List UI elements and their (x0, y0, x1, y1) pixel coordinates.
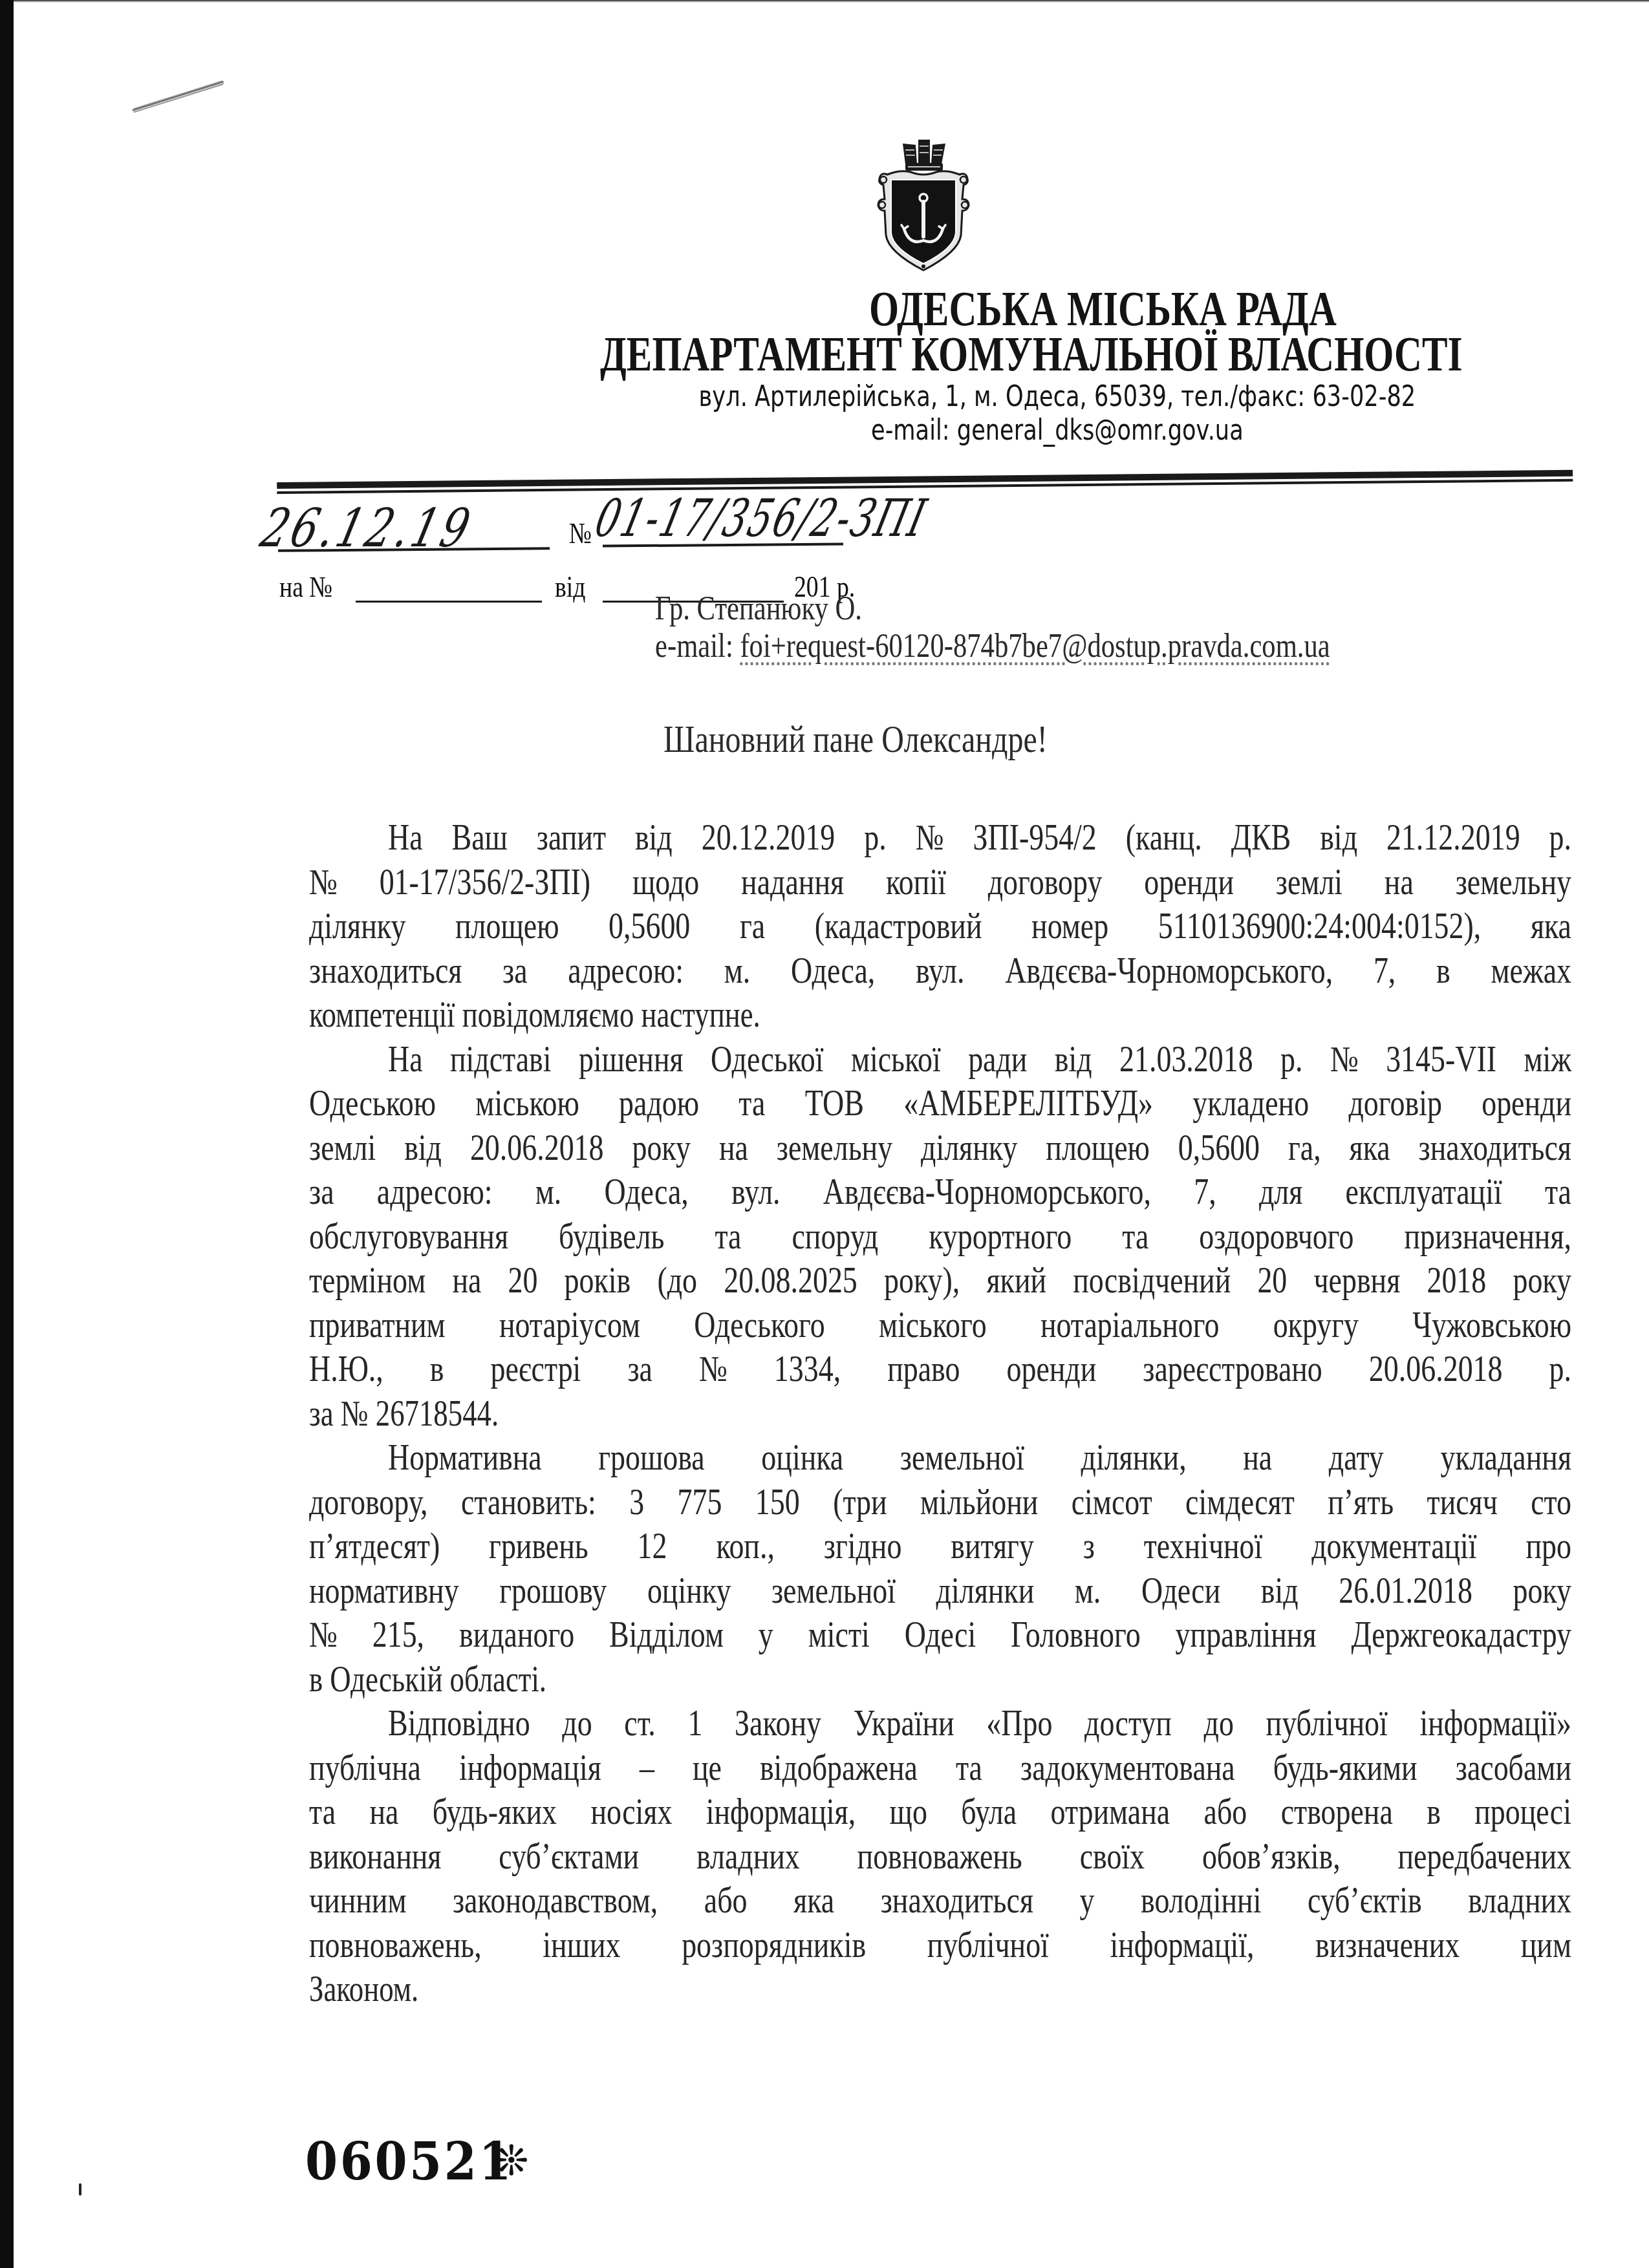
flower-ornament-icon: ❊ (494, 2137, 532, 2185)
scan-edge-top (14, 0, 1649, 3)
org-email: e-mail: general_dks@omr.gov.ua (0, 414, 1649, 447)
line-text: землі від 20.06.2018 року на земельну ді… (309, 1126, 1571, 1171)
odesa-coat-of-arms-icon (874, 138, 973, 273)
paragraph-line: Н.Ю., в реєстрі за № 1334, право оренди … (309, 1347, 1571, 1392)
from-label: від (555, 569, 592, 605)
recipient-email-link[interactable]: foi+request-60120-874b7be7@dostup.pravda… (740, 628, 1330, 665)
paragraph-line: ділянку площею 0,5600 га (кадастровий но… (309, 904, 1571, 949)
line-text: ділянку площею 0,5600 га (кадастровий но… (309, 904, 1571, 949)
paragraph-line: за № 26718544. (309, 1392, 1571, 1437)
line-text: Н.Ю., в реєстрі за № 1334, право оренди … (309, 1347, 1571, 1392)
paragraph-line: На Ваш запит від 20.12.2019 р. № ЗПІ-954… (309, 816, 1571, 861)
paragraph-line: приватним нотаріусом Одеського міського … (309, 1303, 1571, 1348)
line-text: за № 26718544. (309, 1392, 499, 1437)
paragraph-line: На підставі рішення Одеської міської рад… (309, 1038, 1571, 1082)
org-address: вул. Артилерійська, 1, м. Одеса, 65039, … (0, 380, 1649, 414)
line-text: приватним нотаріусом Одеського міського … (309, 1303, 1571, 1348)
paragraph-line: терміном на 20 років (до 20.08.2025 року… (309, 1259, 1571, 1303)
line-text: № 215, виданого Відділом у місті Одесі Г… (309, 1613, 1571, 1658)
line-text: чинним законодавством, або яка знаходить… (309, 1879, 1571, 1923)
paragraph-line: № 215, виданого Відділом у місті Одесі Г… (309, 1613, 1571, 1658)
staple-mark (132, 80, 224, 113)
line-text: виконання суб’єктами владних повноважень… (309, 1835, 1571, 1879)
line-text: компетенції повідомляємо наступне. (309, 993, 760, 1038)
line-text: за адресою: м. Одеса, вул. Авдєєва-Чорно… (309, 1170, 1571, 1215)
department-name: ДЕПАРТАМЕНТ КОМУНАЛЬНОЇ ВЛАСНОСТІ (0, 328, 1649, 380)
line-text: договору, становить: 3 775 150 (три міль… (309, 1481, 1571, 1525)
line-text: знаходиться за адресою: м. Одеса, вул. А… (309, 949, 1571, 994)
paragraph: Відповідно до ст. 1 Закону України «Про … (309, 1702, 1571, 2012)
paragraph: На Ваш запит від 20.12.2019 р. № ЗПІ-954… (309, 816, 1571, 1038)
line-text: в Одеській області. (309, 1658, 546, 1702)
line-text: № 01-17/356/2-ЗПІ) щодо надання копії до… (309, 861, 1571, 905)
line-text: публічна інформація – це відображена та … (309, 1746, 1571, 1791)
paragraph: Нормативна грошова оцінка земельної діля… (309, 1436, 1571, 1702)
paragraph-line: публічна інформація – це відображена та … (309, 1746, 1571, 1791)
margin-tick-mark (79, 2183, 81, 2196)
paragraph-line: Нормативна грошова оцінка земельної діля… (309, 1436, 1571, 1481)
paragraph-line: в Одеській області. (309, 1658, 1571, 1702)
line-text: повноважень, інших розпорядників публічн… (309, 1923, 1571, 1968)
paragraph-line: чинним законодавством, або яка знаходить… (309, 1879, 1571, 1923)
line-text: обслуговування будівель та споруд курорт… (309, 1215, 1571, 1259)
paragraph-line: виконання суб’єктами владних повноважень… (309, 1835, 1571, 1879)
line-text: На підставі рішення Одеської міської рад… (388, 1038, 1571, 1082)
recipient-name: Гр. Степанюку О. (655, 590, 907, 628)
paragraph-line: Законом. (309, 1967, 1571, 2012)
line-text: Законом. (309, 1967, 418, 2012)
reply-to-blank (356, 601, 542, 603)
paragraph-line: Відповідно до ст. 1 Закону України «Про … (309, 1702, 1571, 1746)
paragraph-line: Одеською міською радою та ТОВ «АМБЕРЕЛІТ… (309, 1082, 1571, 1126)
form-serial-number: 060521 ❊ (305, 2131, 537, 2192)
line-text: п’ятдесят) гривень 12 коп., згідно витяг… (309, 1524, 1571, 1569)
paragraph-line: обслуговування будівель та споруд курорт… (309, 1215, 1571, 1259)
paragraph-line: п’ятдесят) гривень 12 коп., згідно витяг… (309, 1524, 1571, 1569)
paragraph-line: компетенції повідомляємо наступне. (309, 993, 1571, 1038)
handwritten-outgoing-number: 01-17/356/2-ЗПІ (590, 488, 934, 548)
recipient-email-label: e-mail: (655, 628, 733, 665)
letter-body: На Ваш запит від 20.12.2019 р. № ЗПІ-954… (309, 816, 1571, 2012)
line-text: Одеською міською радою та ТОВ «АМБЕРЕЛІТ… (309, 1082, 1571, 1126)
salutation: Шановний пане Олександре! (663, 716, 1143, 762)
line-text: та на будь-яких носіях інформація, що бу… (309, 1790, 1571, 1835)
paragraph-line: знаходиться за адресою: м. Одеса, вул. А… (309, 949, 1571, 994)
line-text: нормативну грошову оцінку земельної діля… (309, 1569, 1571, 1614)
line-text: На Ваш запит від 20.12.2019 р. № ЗПІ-954… (388, 816, 1571, 861)
line-text: Нормативна грошова оцінка земельної діля… (388, 1436, 1571, 1481)
paragraph-line: № 01-17/356/2-ЗПІ) щодо надання копії до… (309, 861, 1571, 905)
paragraph-line: землі від 20.06.2018 року на земельну ді… (309, 1126, 1571, 1171)
paragraph: На підставі рішення Одеської міської рад… (309, 1038, 1571, 1437)
paragraph-line: за адресою: м. Одеса, вул. Авдєєва-Чорно… (309, 1170, 1571, 1215)
number-sign: № (569, 516, 592, 550)
line-text: терміном на 20 років (до 20.08.2025 року… (309, 1259, 1571, 1303)
line-text: Відповідно до ст. 1 Закону України «Про … (388, 1702, 1571, 1746)
paragraph-line: нормативну грошову оцінку земельної діля… (309, 1569, 1571, 1614)
paragraph-line: договору, становить: 3 775 150 (три міль… (309, 1481, 1571, 1525)
paragraph-line: та на будь-яких носіях інформація, що бу… (309, 1790, 1571, 1835)
paragraph-line: повноважень, інших розпорядників публічн… (309, 1923, 1571, 1968)
reply-to-label: на № (279, 569, 344, 605)
recipient-email-line: e-mail: foi+request-60120-874b7be7@dostu… (655, 627, 1478, 666)
